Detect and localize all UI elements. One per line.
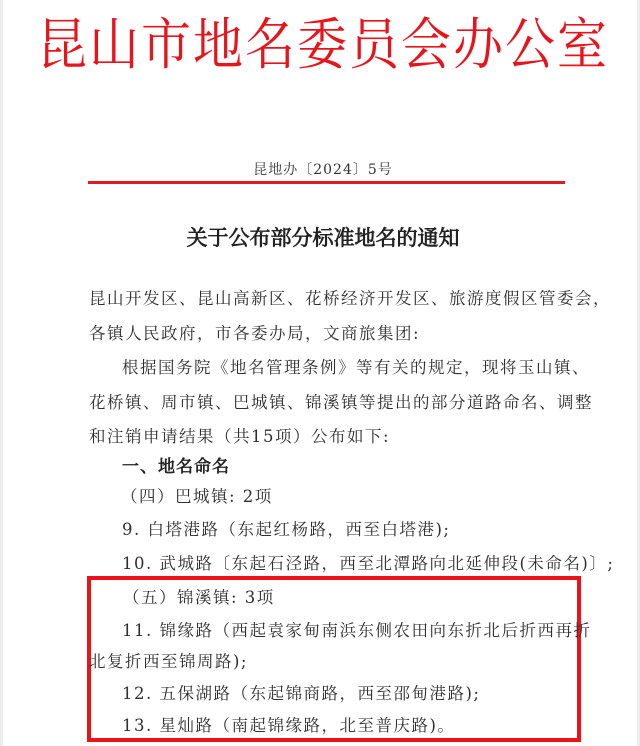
list-item-13: 13. 星灿路（南起锦缘路，北至普庆路)。 (122, 715, 455, 737)
list-item-10: 10. 武城路〔东起石泾路，西至北潭路向北延伸段(未命名)〕; (122, 553, 614, 575)
addressee-line-1: 昆山开发区、昆山高新区、花桥经济开发区、旅游度假区管委会， (89, 288, 611, 310)
org-title: 昆山市地名委员会办公室 (3, 10, 640, 79)
list-item-11: 11. 锦缘路（西起袁家甸南浜东侧农田向东折北后折西再折 (122, 620, 592, 642)
subsection-heading-bacheng: （四）巴城镇: 2项 (121, 486, 273, 508)
intro-line-2: 花桥镇、周市镇、巴城镇、锦溪镇等提出的部分道路命名、调整 (89, 392, 593, 414)
list-item-11-continued: 北复折西至锦周路); (89, 651, 248, 673)
addressee-line-2: 各镇人民政府，市各委办局，文商旅集团: (89, 323, 420, 345)
document-page: 昆山市地名委员会办公室 昆地办〔2024〕5号 关于公布部分标准地名的通知 昆山… (0, 0, 640, 746)
doc-number: 昆地办〔2024〕5号 (3, 160, 640, 180)
list-item-9: 9. 白塔港路（东起红杨路，西至白塔港); (122, 519, 450, 541)
notice-title: 关于公布部分标准地名的通知 (3, 224, 640, 252)
red-divider-rule (88, 181, 565, 184)
list-item-12: 12. 五保湖路（东起锦商路，西至邵甸港路); (122, 683, 480, 705)
intro-line-3: 和注销申请结果（共15项）公布如下: (89, 426, 390, 448)
subsection-heading-jinxi: （五）锦溪镇: 3项 (123, 587, 275, 609)
intro-line-1: 根据国务院《地名管理条例》等有关的规定，现将玉山镇、 (122, 357, 590, 379)
section-heading: 一、地名命名 (122, 456, 230, 478)
